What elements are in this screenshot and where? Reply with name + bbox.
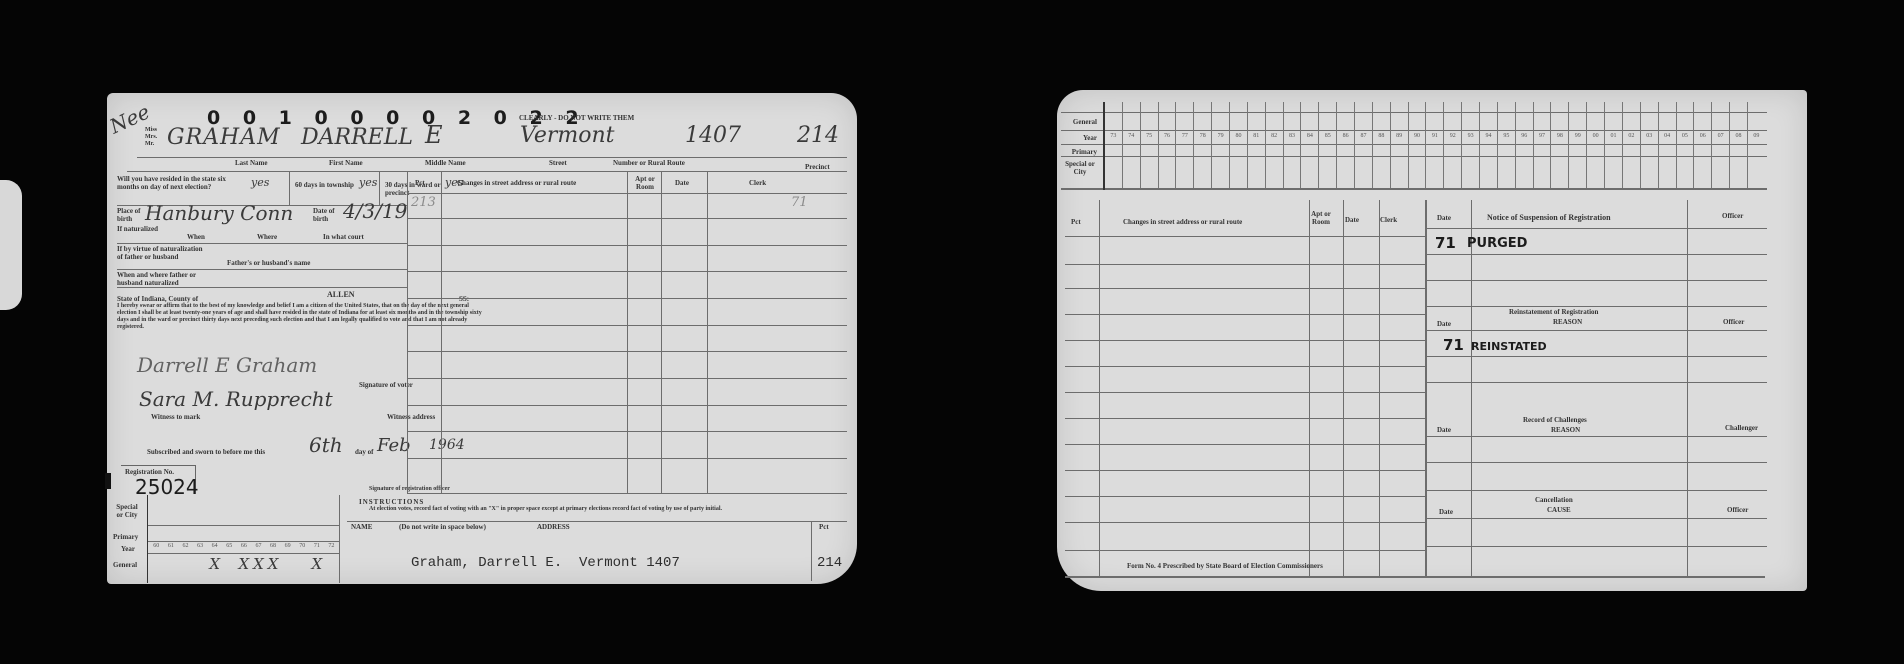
- label-if-naturalized: If naturalized: [117, 225, 167, 233]
- change-row1-clerk: 71: [791, 195, 808, 210]
- grid-label-year: Year: [121, 545, 135, 553]
- grid-label-primary: Primary: [113, 533, 138, 541]
- suspension-title: Notice of Suspension of Registration: [1487, 214, 1611, 222]
- cancellation-cause-label: CAUSE: [1547, 506, 1571, 514]
- col-pct: Pct: [415, 179, 425, 187]
- typed-name-address: Graham, Darrell E. Vermont 1407: [411, 555, 680, 571]
- form-footer: Form No. 4 Prescribed by State Board of …: [1127, 562, 1323, 570]
- first-name: DARRELL: [301, 125, 413, 150]
- back-year-columns: 73 74 75 76 77 78 79 80 81 82 83 84 85 8…: [1105, 102, 1765, 188]
- label-state-county: State of Indiana, County of: [117, 295, 198, 303]
- label-father-naturalization: If by virtue of naturalization of father…: [117, 245, 207, 261]
- back-grid-label-primary: Primary: [1063, 148, 1097, 156]
- back-col-changes: Changes in street address or rural route: [1123, 218, 1242, 226]
- label-pct: Pct: [819, 523, 829, 531]
- label-father-when-where: When and where father or husband natural…: [117, 271, 207, 287]
- grid-years-row: 60 61 62 63 64 65 66 67 68 69 70 71 72: [149, 543, 339, 549]
- back-col-clerk: Clerk: [1380, 216, 1397, 224]
- cancellation-officer-label: Officer: [1727, 506, 1748, 514]
- house-number: 1407: [685, 123, 741, 148]
- suspension-officer-label: Officer: [1722, 212, 1743, 220]
- middle-name: E: [425, 121, 443, 149]
- label-naturalized-when: When: [187, 233, 205, 241]
- street: Vermont: [520, 123, 615, 148]
- q-resided-state: Will you have resided in the state six m…: [117, 175, 237, 191]
- label-name: NAME: [351, 523, 372, 531]
- label-number: Number or Rural Route: [613, 159, 685, 167]
- reinstatement-entry-text: REINSTATED: [1471, 340, 1547, 353]
- label-precinct: Precinct: [805, 163, 830, 171]
- label-last-name: Last Name: [235, 159, 267, 167]
- adjacent-card-edge: [0, 180, 22, 310]
- oath-day: 6th: [309, 433, 343, 457]
- grid-label-special: Special or City: [113, 503, 141, 519]
- label-registration-officer: Signature of registration officer: [369, 485, 450, 493]
- county-value: ALLEN: [327, 291, 355, 299]
- grid-label-general: General: [113, 561, 137, 569]
- label-subscribed: Subscribed and sworn to before me this: [147, 448, 265, 456]
- label-do-not-write: (Do not write in space below): [399, 523, 486, 531]
- back-col-date: Date: [1345, 216, 1359, 224]
- label-place-of-birth: Place of birth: [117, 207, 147, 223]
- cancellation-date-label: Date: [1439, 508, 1453, 516]
- registration-box: Registration No. 25024: [121, 465, 196, 494]
- col-date: Date: [675, 179, 689, 187]
- reinstatement-date-label: Date: [1437, 320, 1451, 328]
- last-name: GRAHAM: [167, 125, 281, 150]
- marker-bar: [105, 473, 111, 489]
- challenges-reason-label: REASON: [1551, 426, 1580, 434]
- label-naturalized-where: Where: [257, 233, 277, 241]
- label-date-of-birth: Date of birth: [313, 207, 343, 223]
- oath-text: I hereby swear or affirm that to the bes…: [117, 303, 489, 331]
- col-apt: Apt or Room: [631, 175, 659, 191]
- back-grid-label-year: Year: [1063, 134, 1097, 142]
- suspension-entry-date: 71: [1435, 234, 1456, 252]
- registration-number: 25024: [135, 475, 199, 499]
- label-witness-to-mark: Witness to mark: [151, 413, 200, 421]
- label-father-name: Father's or husband's name: [227, 259, 310, 267]
- label-witness-address: Witness address: [387, 413, 435, 421]
- challenges-date-label: Date: [1437, 426, 1451, 434]
- q-township: 60 days in township: [295, 181, 355, 189]
- back-col-apt: Apt or Room: [1307, 210, 1335, 226]
- oath-year: 1964: [429, 437, 465, 453]
- back-grid-label-special: Special or City: [1063, 160, 1097, 176]
- label-first-name: First Name: [329, 159, 363, 167]
- col-changes: Changes in street address or rural route: [457, 179, 576, 187]
- header-instruction: CLEARLY - DO NOT WRITE THEM: [519, 114, 634, 122]
- voter-signature: Darrell E Graham: [137, 353, 317, 377]
- reinstatement-officer-label: Officer: [1723, 318, 1744, 326]
- a-resided-state: yes: [251, 176, 269, 189]
- precinct-handwritten: 214: [797, 123, 839, 148]
- typed-precinct: 214: [817, 555, 842, 571]
- instructions-text: At election votes, record fact of voting…: [369, 506, 749, 513]
- grid-general-marks: X X X X X: [149, 555, 339, 573]
- challenges-challenger-label: Challenger: [1725, 424, 1758, 432]
- label-signature-voter: Signature of voter: [359, 381, 413, 389]
- title-labels: Miss Mrs. Mr.: [145, 127, 157, 148]
- challenges-title: Record of Challenges: [1523, 416, 1587, 424]
- back-grid-label-general: General: [1063, 118, 1097, 126]
- instructions-title: INSTRUCTIONS: [359, 498, 424, 506]
- cancellation-title: Cancellation: [1535, 496, 1573, 504]
- col-clerk: Clerk: [749, 179, 766, 187]
- change-row1-pct: 213: [411, 195, 436, 210]
- label-day-of: day of: [355, 448, 373, 456]
- date-of-birth: 4/3/19: [343, 199, 407, 223]
- voter-registration-card-front: Nee 0 0 1 0 0 0 0 2 0 2 2 CLEARLY - DO N…: [107, 93, 857, 584]
- reinstatement-reason-label: REASON: [1553, 318, 1582, 326]
- label-naturalized-court: In what court: [323, 233, 364, 241]
- suspension-entry-text: PURGED: [1467, 236, 1527, 251]
- label-middle-name: Middle Name: [425, 159, 466, 167]
- reinstatement-entry-date: 71: [1443, 336, 1464, 354]
- reinstatement-title: Reinstatement of Registration: [1509, 308, 1598, 316]
- label-ss: SS:: [459, 295, 469, 303]
- label-street: Street: [549, 159, 567, 167]
- oath-month: Feb: [377, 435, 411, 456]
- suspension-date-label: Date: [1437, 214, 1451, 222]
- witness-signature: Sara M. Rupprecht: [139, 387, 333, 411]
- back-col-pct: Pct: [1071, 218, 1081, 226]
- label-address: ADDRESS: [537, 523, 570, 531]
- place-of-birth: Hanbury Conn: [145, 201, 293, 225]
- voter-registration-card-back: General Year Primary Special or City 73 …: [1057, 90, 1807, 591]
- a-township: yes: [359, 176, 377, 189]
